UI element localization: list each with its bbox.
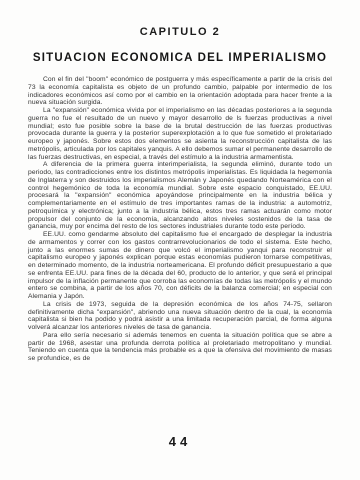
paragraph: Para ello sería necesario si además tene… xyxy=(28,332,332,363)
paragraph: La "expansión" económica vivida por el i… xyxy=(28,107,332,161)
paragraph: La crisis de 1973, seguida de la depresi… xyxy=(28,301,332,332)
document-page: CAPITULO 2 SITUACION ECONOMICA DEL IMPER… xyxy=(0,0,360,480)
paragraph: Con el fin del "boom" económico de postg… xyxy=(28,76,332,107)
paragraph: EE.UU. como gendarme absoluto del capita… xyxy=(28,231,332,301)
body-text: Con el fin del "boom" económico de postg… xyxy=(28,76,332,363)
page-number: 44 xyxy=(0,434,360,449)
chapter-heading: CAPITULO 2 xyxy=(0,0,360,38)
paragraph: A diferencia de la primera guerra interi… xyxy=(28,161,332,231)
page-title: SITUACION ECONOMICA DEL IMPERIALISMO xyxy=(0,38,360,64)
